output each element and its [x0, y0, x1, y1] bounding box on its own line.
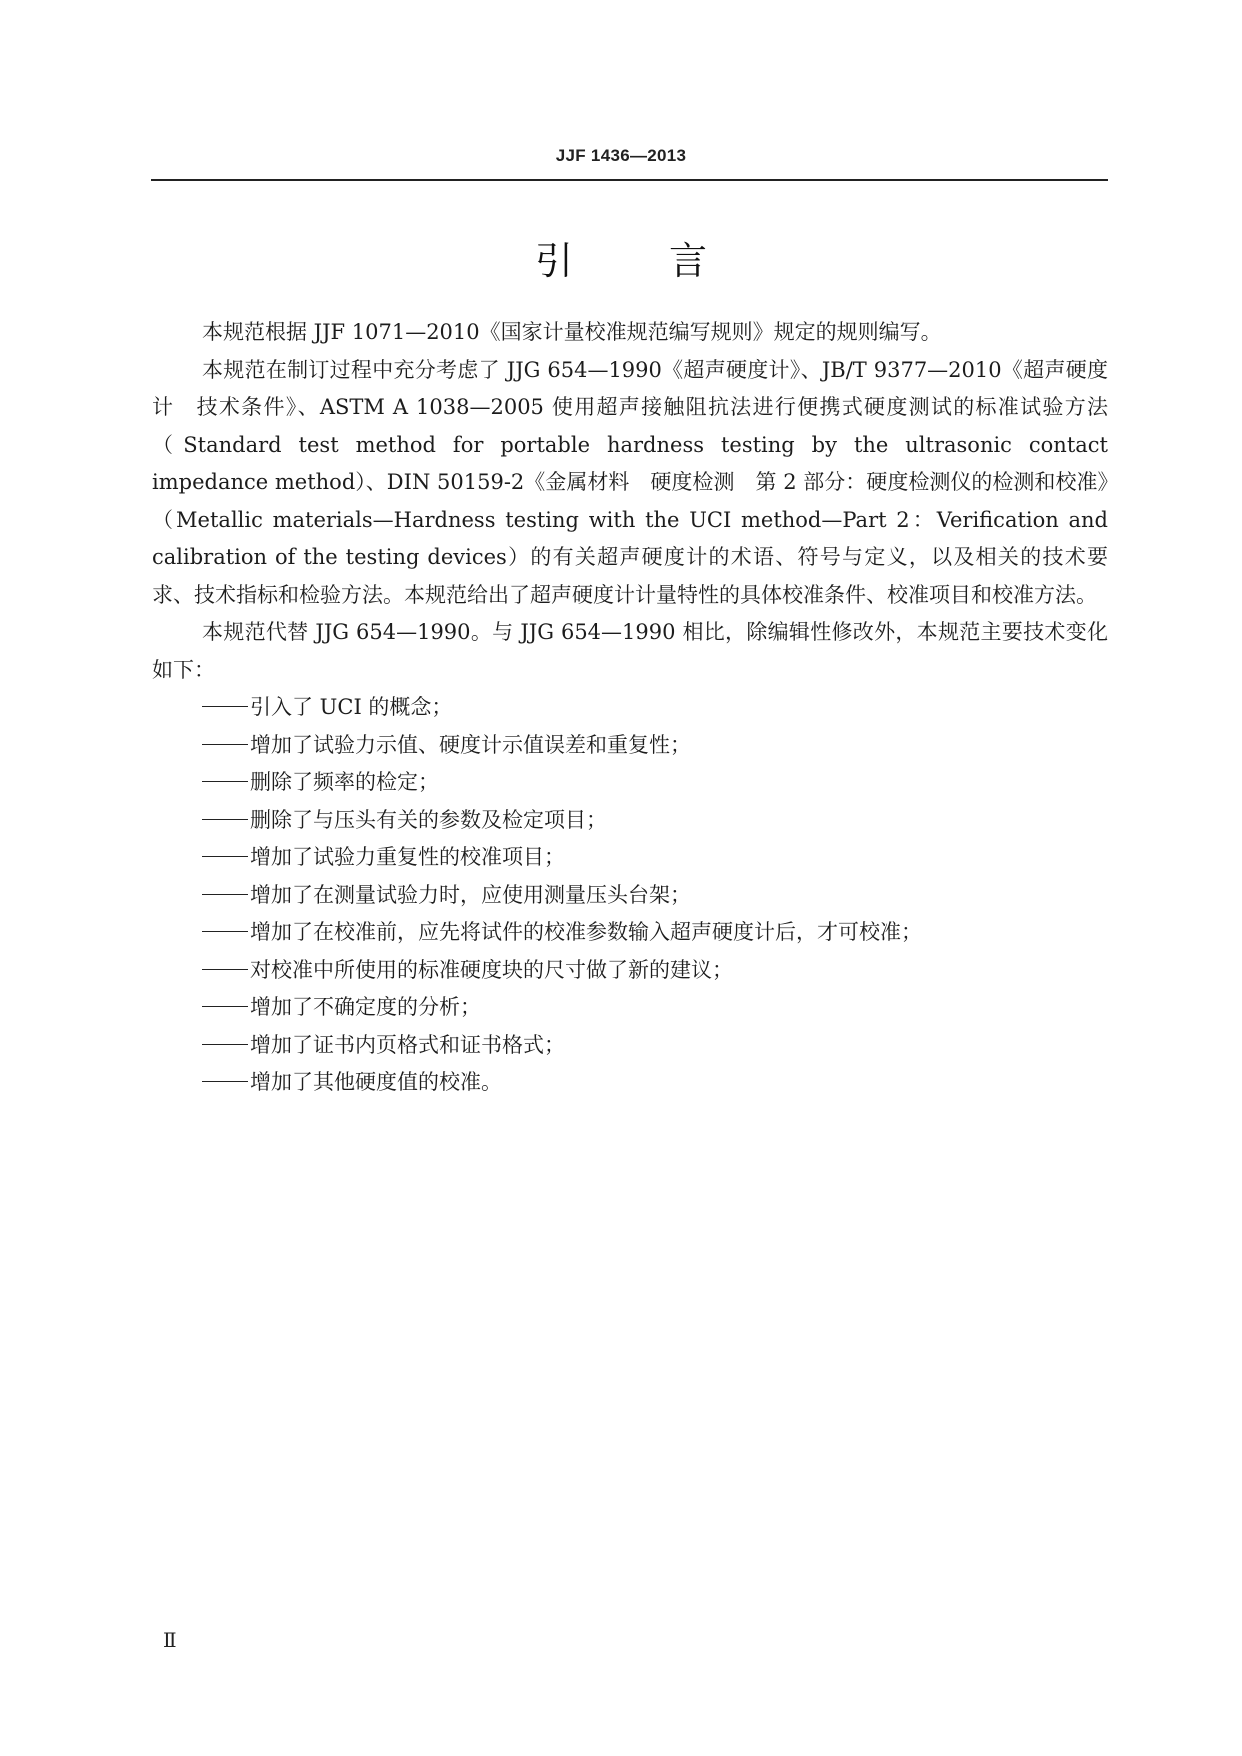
- list-item: 删除了与压头有关的参数及检定项目；: [152, 802, 1108, 840]
- list-item: 增加了在校准前，应先将试件的校准参数输入超声硬度计后，才可校准；: [152, 914, 1108, 952]
- list-item: 增加了在测量试验力时，应使用测量压头台架；: [152, 877, 1108, 915]
- dash-bullet-icon: [202, 931, 248, 932]
- dash-bullet-icon: [202, 744, 248, 745]
- paragraph-supersedes: 本规范代替 JJG 654—1990。与 JJG 654—1990 相比，除编辑…: [152, 614, 1108, 689]
- list-item: 对校准中所使用的标准硬度块的尺寸做了新的建议；: [152, 952, 1108, 990]
- dash-bullet-icon: [202, 969, 248, 970]
- list-item: 增加了不确定度的分析；: [152, 989, 1108, 1027]
- page-title: 引言: [0, 230, 1242, 285]
- paragraph-references: 本规范在制订过程中充分考虑了 JJG 654—1990《超声硬度计》、JB/T …: [152, 352, 1108, 615]
- dash-bullet-icon: [202, 1006, 248, 1007]
- list-item-text: 增加了在测量试验力时，应使用测量压头台架；: [250, 883, 691, 907]
- list-item-text: 增加了不确定度的分析；: [250, 995, 481, 1019]
- page-header-standard-code: JJF 1436—2013: [0, 146, 1242, 166]
- list-item-text: 增加了其他硬度值的校准。: [250, 1070, 502, 1094]
- dash-bullet-icon: [202, 781, 248, 782]
- list-item-text: 增加了试验力重复性的校准项目；: [250, 845, 565, 869]
- list-item: 引入了 UCI 的概念；: [152, 689, 1108, 727]
- dash-bullet-icon: [202, 819, 248, 820]
- title-char-2: 言: [669, 230, 707, 285]
- list-item-text: 删除了与压头有关的参数及检定项目；: [250, 808, 607, 832]
- list-item-text: 增加了试验力示值、硬度计示值误差和重复性；: [250, 733, 691, 757]
- list-item: 增加了试验力示值、硬度计示值误差和重复性；: [152, 727, 1108, 765]
- page-number: Ⅱ: [163, 1628, 177, 1652]
- document-body: 本规范根据 JJF 1071—2010《国家计量校准规范编写规则》规定的规则编写…: [152, 314, 1108, 1102]
- paragraph-basis: 本规范根据 JJF 1071—2010《国家计量校准规范编写规则》规定的规则编写…: [152, 314, 1108, 352]
- title-char-1: 引: [535, 230, 573, 285]
- list-item: 增加了证书内页格式和证书格式；: [152, 1027, 1108, 1065]
- dash-bullet-icon: [202, 706, 248, 707]
- list-item-text: 引入了 UCI 的概念；: [250, 695, 452, 719]
- list-item-text: 对校准中所使用的标准硬度块的尺寸做了新的建议；: [250, 958, 733, 982]
- header-rule: [151, 179, 1108, 181]
- dash-bullet-icon: [202, 894, 248, 895]
- dash-bullet-icon: [202, 856, 248, 857]
- list-item: 增加了试验力重复性的校准项目；: [152, 839, 1108, 877]
- list-item-text: 增加了证书内页格式和证书格式；: [250, 1033, 565, 1057]
- list-item: 增加了其他硬度值的校准。: [152, 1064, 1108, 1102]
- dash-bullet-icon: [202, 1081, 248, 1082]
- dash-bullet-icon: [202, 1044, 248, 1045]
- list-item-text: 删除了频率的检定；: [250, 770, 439, 794]
- list-item-text: 增加了在校准前，应先将试件的校准参数输入超声硬度计后，才可校准；: [250, 920, 922, 944]
- changes-list: 引入了 UCI 的概念； 增加了试验力示值、硬度计示值误差和重复性； 删除了频率…: [152, 689, 1108, 1102]
- list-item: 删除了频率的检定；: [152, 764, 1108, 802]
